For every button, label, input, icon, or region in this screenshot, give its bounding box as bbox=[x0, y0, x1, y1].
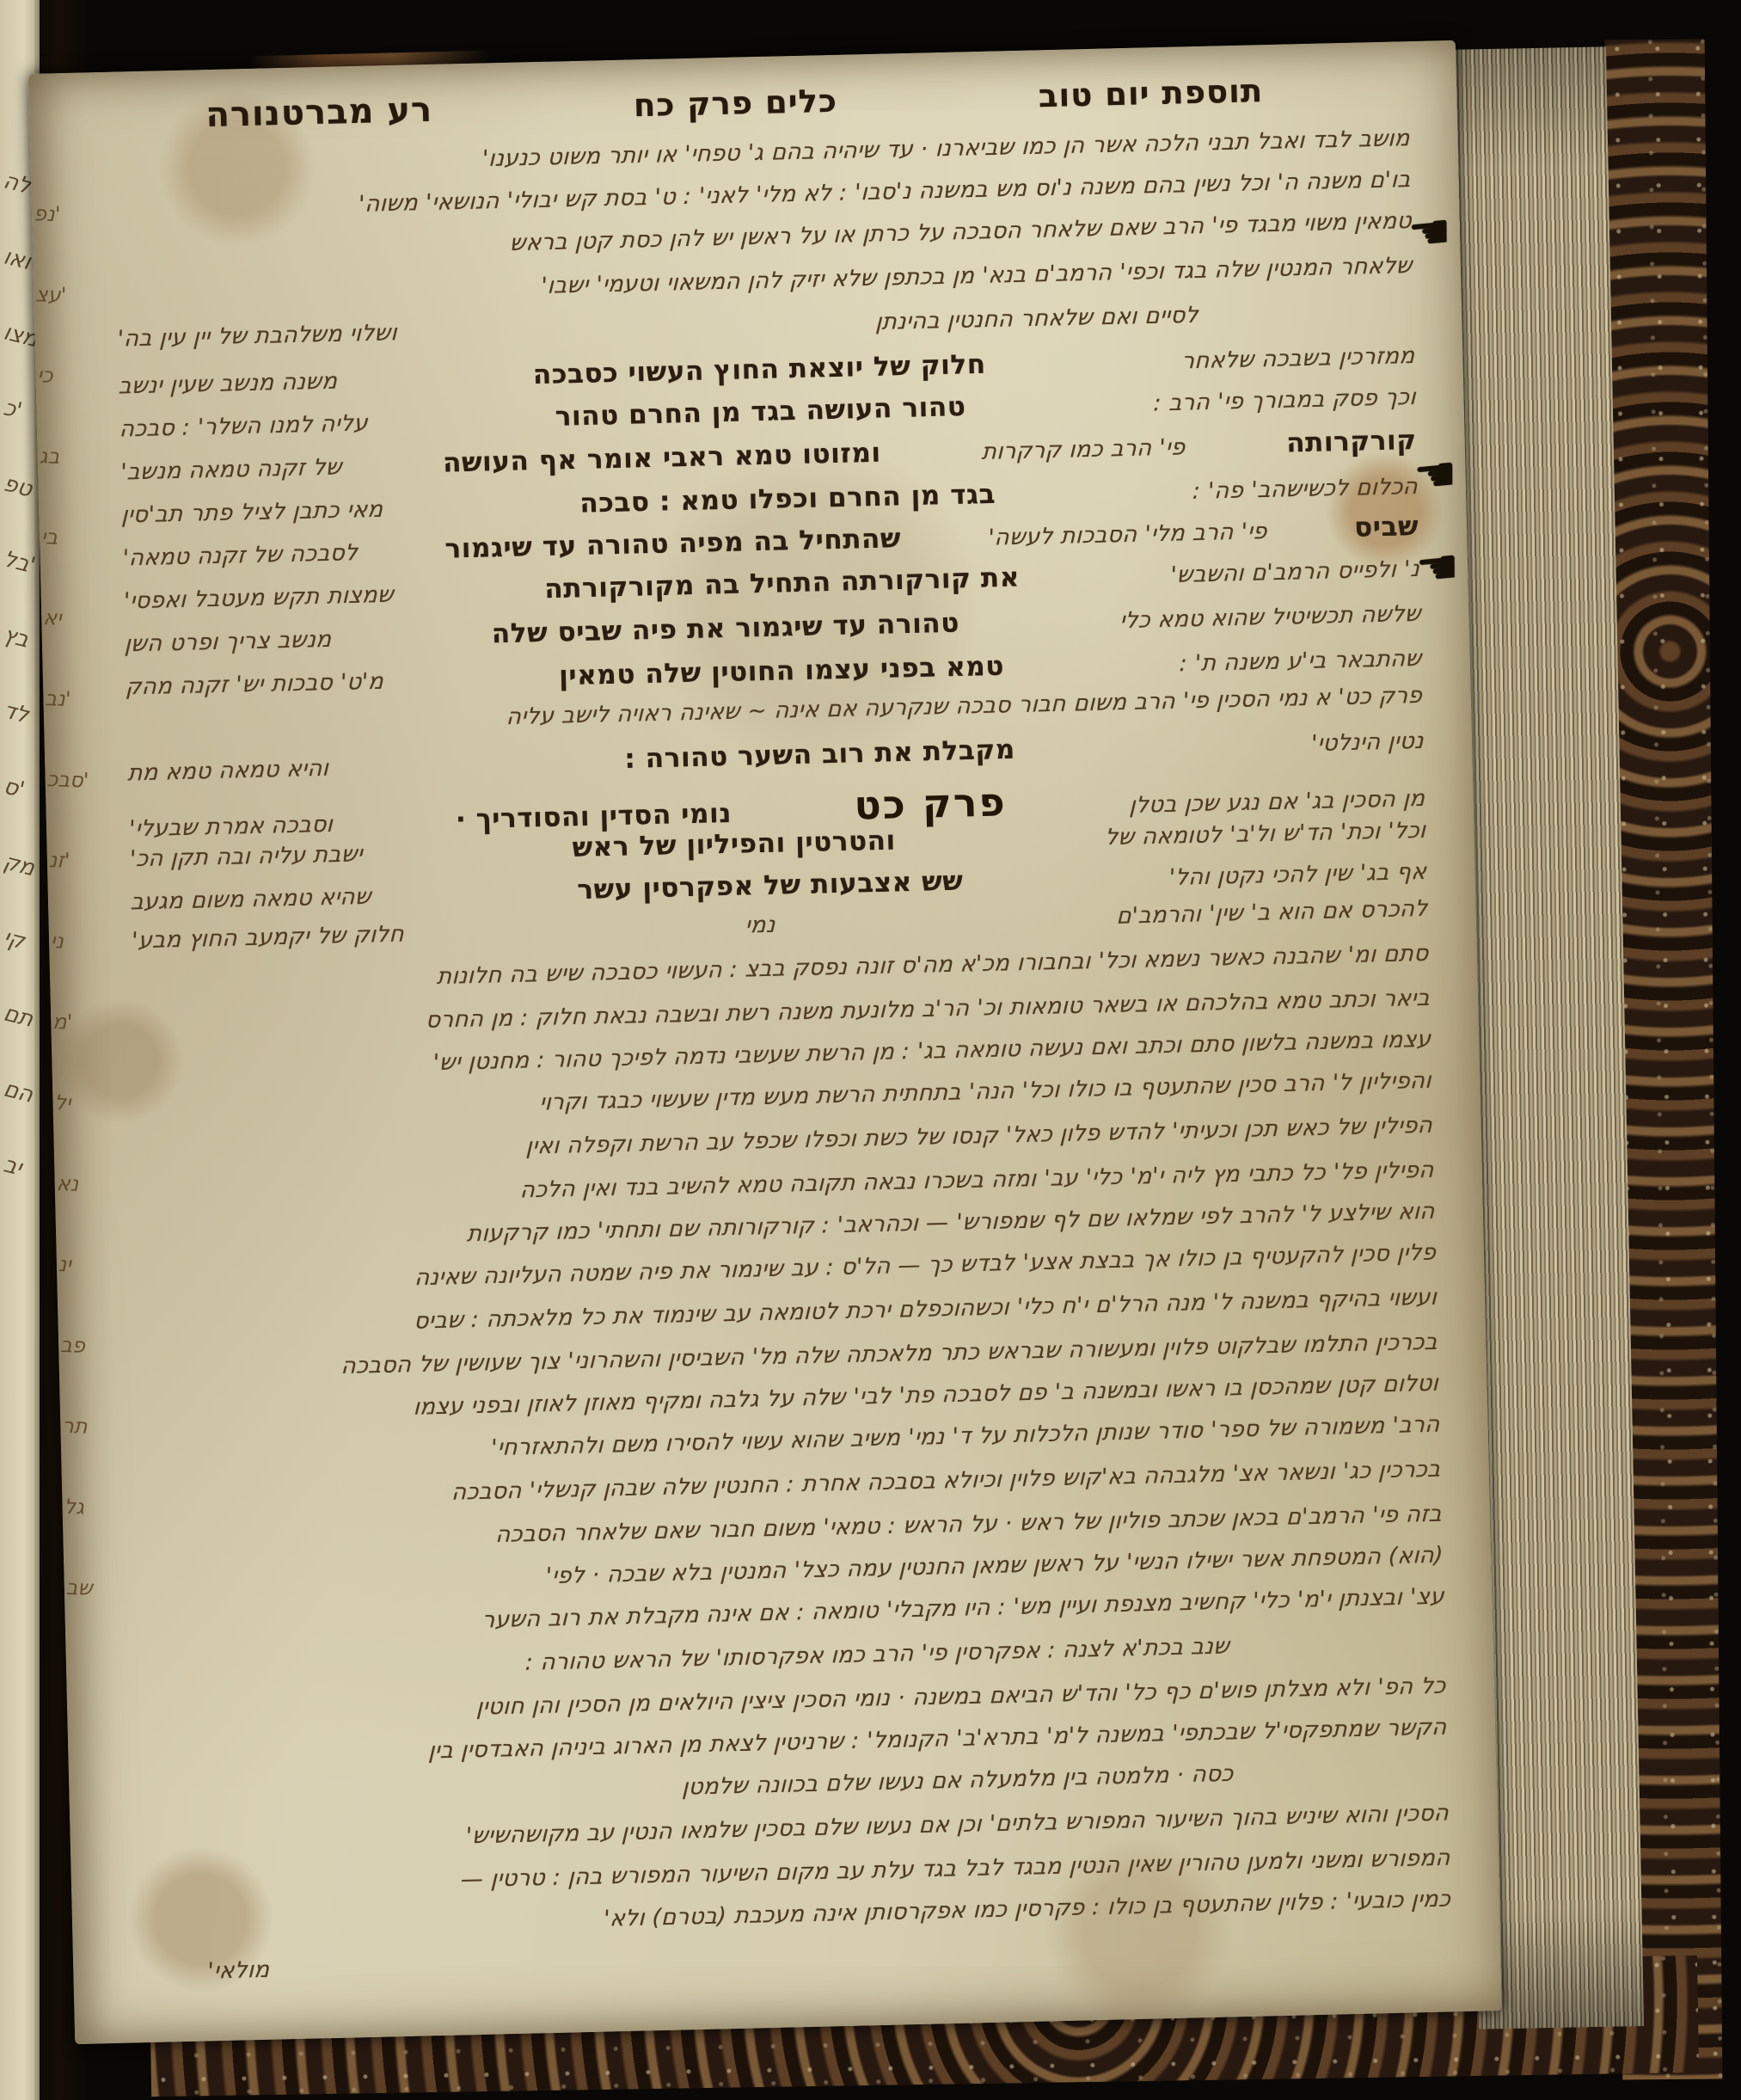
handwritten-gloss-segment: אף בג' שין להכי נקטן והל' bbox=[1168, 859, 1427, 891]
cutoff-gloss-fragment: זנ' bbox=[48, 848, 97, 874]
printed-lemma-segment: והטרטין והפיליון של ראש bbox=[572, 826, 896, 863]
handwritten-gloss-segment: מושב לבד ואבל תבני הלכה אשר הן כמו שביאר… bbox=[481, 126, 1411, 172]
handwritten-gloss-segment: של זקנה טמאה מנשב' bbox=[120, 454, 342, 485]
handwritten-gloss-segment: נמי bbox=[745, 912, 775, 939]
cutoff-gloss-fragment: ני bbox=[51, 929, 100, 955]
handwritten-gloss-segment: ישבת עליה ובה תקן הכ' bbox=[129, 841, 364, 872]
handwritten-gloss-segment: שהתבאר בי'ע משנה ת' : bbox=[1179, 646, 1422, 677]
handwritten-gloss-segment: פי' הרב מלי' הסבכות לעשה' bbox=[988, 519, 1268, 551]
handwritten-gloss-segment: הכלום לכשישהב' פה' : bbox=[1192, 474, 1418, 505]
printed-lemma-segment: קורקרותה bbox=[1286, 425, 1417, 459]
handwritten-gloss-segment: לסבכה של זקנה טמאה' bbox=[122, 540, 359, 571]
handwritten-gloss-segment: משנה מנשב שעין ינשב bbox=[118, 368, 338, 399]
handwritten-gloss-segment: שהיא טמאה משום מגעב bbox=[130, 884, 371, 916]
cutoff-gloss-fragment: ינ bbox=[58, 1252, 107, 1278]
handwritten-gloss-segment: וכל' וכת' הד'ש ול'ב' לטומאה של bbox=[1105, 818, 1426, 850]
cutoff-gloss-fragment: שב bbox=[65, 1575, 114, 1601]
cutoff-gloss-fragment: יא bbox=[43, 605, 92, 631]
printed-lemma-segment: שביס bbox=[1354, 511, 1419, 543]
manuscript-scan: לה'ואומצוכ'טפבל'בץלדס'מקקיתםהםיב תוספת י… bbox=[0, 0, 1741, 2100]
cutoff-gloss-fragment: פב bbox=[60, 1333, 109, 1359]
manicule-pointing-hand-icon: ☚ bbox=[1414, 543, 1462, 594]
manicule-pointing-hand-icon: ☚ bbox=[1406, 207, 1453, 259]
running-header: תוספת יום טוב כלים פרק כח רע מברטנורה bbox=[205, 71, 1264, 135]
cutoff-gloss-fragment: יל bbox=[54, 1090, 103, 1116]
handwritten-gloss-segment: נ' ולפייס הרמב'ם והשבש' bbox=[1170, 556, 1420, 588]
text-block: מושב לבד ואבל תבני הלכה אשר הן כמו שביאר… bbox=[113, 124, 1453, 2027]
handwritten-gloss-segment: מולאי' bbox=[207, 1957, 271, 1985]
cutoff-gloss-fragment: מ' bbox=[52, 1010, 101, 1035]
handwritten-gloss-segment: ושלוי משלהבת של יין עין בה' bbox=[117, 320, 398, 352]
cutoff-gloss-fragment: תר bbox=[62, 1414, 111, 1440]
manuscript-page: תוספת יום טוב כלים פרק כח רע מברטנורה מו… bbox=[28, 40, 1502, 2044]
handwritten-gloss-segment: שלשה תכשיטיל שהוא טמא כלי bbox=[1119, 601, 1422, 634]
cutoff-gloss-fragment: כי bbox=[37, 363, 86, 389]
header-right-title: תוספת יום טוב bbox=[1038, 72, 1263, 114]
handwritten-gloss-segment: פי' הרב כמו קרקרות bbox=[981, 434, 1186, 465]
header-left-title: רע מברטנורה bbox=[205, 90, 433, 135]
handwritten-gloss-segment: וכך פסק במבורך פי' הרב : bbox=[1153, 384, 1417, 417]
handwritten-gloss-segment: מ'ט' סבכות יש' זקנה מהק bbox=[125, 669, 384, 701]
handwritten-gloss-segment: נטין הינלטי' bbox=[1310, 728, 1424, 757]
cutoff-gloss-fragment: גל bbox=[64, 1495, 113, 1520]
printed-lemma-segment: פרק כט bbox=[854, 778, 1007, 828]
cutoff-gloss-fragment: בי bbox=[41, 525, 90, 550]
handwritten-gloss-segment: ממזרכין בשבכה שלאחר bbox=[1181, 343, 1416, 374]
cutoff-gloss-fragment: נא bbox=[56, 1171, 105, 1197]
cutoff-gloss-fragment: נב' bbox=[45, 686, 94, 712]
handwritten-gloss-segment: שמצות תקש מעטבל ואפסי' bbox=[123, 582, 395, 615]
cutoff-gloss-fragment: בג bbox=[39, 444, 88, 470]
cutoff-gloss-fragment: סבכ' bbox=[46, 767, 95, 793]
cutoff-gloss-fragment: נפ' bbox=[34, 201, 83, 226]
handwritten-gloss-segment: מנשב צריך ופרט השן bbox=[124, 627, 332, 658]
handwritten-gloss-segment: מאי כתבן לציל פתר תב'סין bbox=[121, 497, 384, 529]
handwritten-gloss-segment: עליה למנו השלר' : סבכה bbox=[119, 410, 368, 442]
manicule-pointing-hand-icon: ☚ bbox=[1412, 450, 1459, 501]
handwritten-gloss-segment: והיא טמאה טמא מת bbox=[127, 756, 329, 787]
header-center-title: כלים פרק כח bbox=[633, 83, 837, 125]
cutoff-gloss-fragment: עצ' bbox=[35, 282, 84, 308]
